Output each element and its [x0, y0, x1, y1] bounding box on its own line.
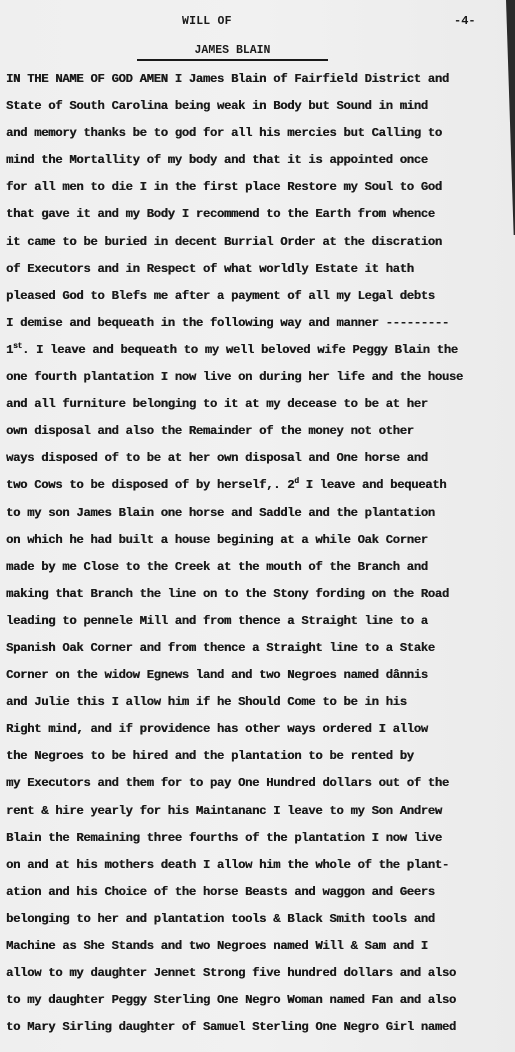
heading-will-of: WILL OF [182, 15, 232, 28]
text-line: making that Branch the line on to the St… [6, 581, 515, 608]
ordinal-superscript: d [294, 477, 298, 486]
text-line: Right mind, and if providence has other … [6, 716, 515, 743]
text-line: Machine as She Stands and two Negroes na… [6, 933, 515, 960]
text-line: I demise and bequeath in the following w… [6, 310, 515, 337]
text-line: leading to pennele Mill and from thence … [6, 608, 515, 635]
document-page: WILL OF -4- JAMES BLAIN IN THE NAME OF G… [0, 0, 515, 1052]
text-line: that gave it and my Body I recommend to … [6, 201, 515, 228]
text-line: on which he had built a house begining a… [6, 527, 515, 554]
text-line: belonging to her and plantation tools & … [6, 906, 515, 933]
ordinal-superscript: st [13, 342, 22, 351]
text-line: ways disposed of to be at her own dispos… [6, 445, 515, 472]
text-line: Spanish Oak Corner and from thence a Str… [6, 635, 515, 662]
text-line: to Mary Sirling daughter of Samuel Sterl… [6, 1014, 515, 1041]
text-line: two Cows to be disposed of by herself,. … [6, 472, 515, 499]
text-line: own disposal and also the Remainder of t… [6, 418, 515, 445]
text-line: ation and his Choice of the horse Beasts… [6, 879, 515, 906]
text-line: of Executors and in Respect of what worl… [6, 256, 515, 283]
text-line: 1st. I leave and bequeath to my well bel… [6, 337, 515, 364]
text-line: and memory thanks be to god for all his … [6, 120, 515, 147]
text-line: it came to be buried in decent Burrial O… [6, 229, 515, 256]
text-line: State of South Carolina being weak in Bo… [6, 93, 515, 120]
text-line: Blain the Remaining three fourths of the… [6, 825, 515, 852]
text-line: mind the Mortallity of my body and that … [6, 147, 515, 174]
text-line: the Negroes to be hired and the plantati… [6, 743, 515, 770]
text-line: and Julie this I allow him if he Should … [6, 689, 515, 716]
text-line: IN THE NAME OF GOD AMEN I James Blain of… [6, 66, 515, 93]
text-line: pleased God to Blefs me after a payment … [6, 283, 515, 310]
will-body-text: IN THE NAME OF GOD AMEN I James Blain of… [6, 66, 515, 1041]
text-line: made by me Close to the Creek at the mou… [6, 554, 515, 581]
page-number: -4- [454, 14, 476, 28]
text-line: Corner on the widow Egnews land and two … [6, 662, 515, 689]
text-line: and all furniture belonging to it at my … [6, 391, 515, 418]
text-line: on and at his mothers death I allow him … [6, 852, 515, 879]
heading-testator-name: JAMES BLAIN [137, 43, 328, 61]
text-line: my Executors and them for to pay One Hun… [6, 770, 515, 797]
text-line: allow to my daughter Jennet Strong five … [6, 960, 515, 987]
text-line: to my daughter Peggy Sterling One Negro … [6, 987, 515, 1014]
text-line: to my son James Blain one horse and Sadd… [6, 500, 515, 527]
text-line: one fourth plantation I now live on duri… [6, 364, 515, 391]
text-line: for all men to die I in the first place … [6, 174, 515, 201]
text-line: rent & hire yearly for his Maintananc I … [6, 798, 515, 825]
